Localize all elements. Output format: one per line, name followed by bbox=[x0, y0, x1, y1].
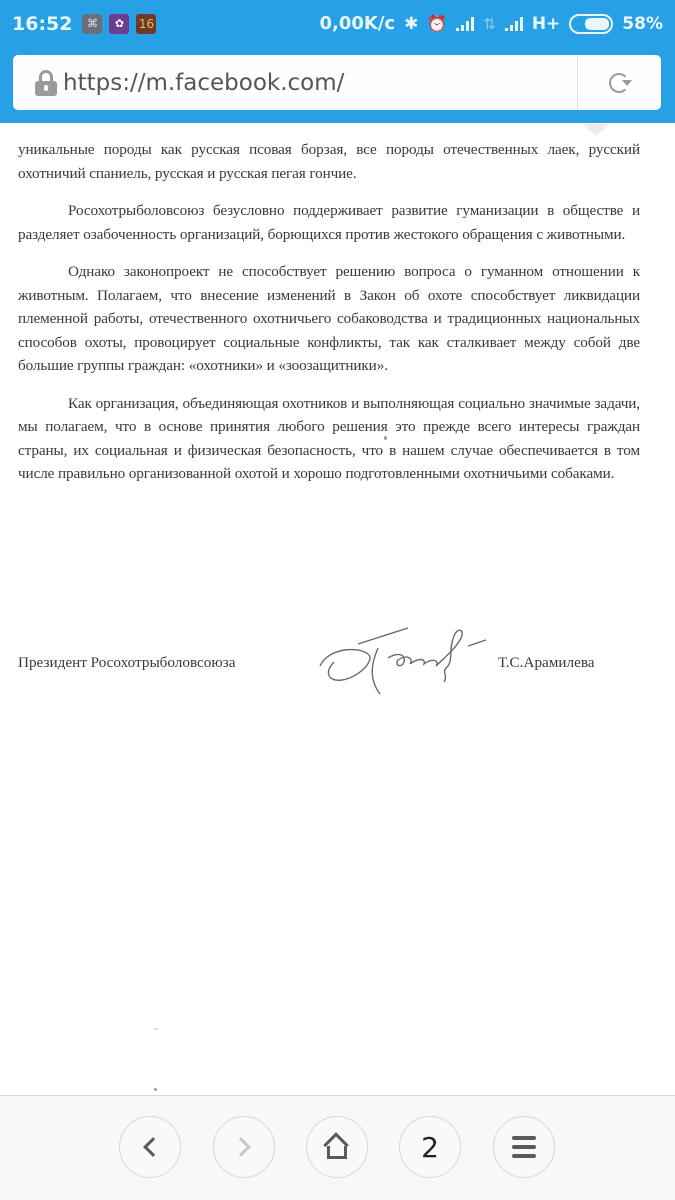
reload-icon[interactable] bbox=[609, 73, 629, 93]
bluetooth-icon: ✱ bbox=[404, 14, 418, 34]
paragraph: уникальные породы как русская псовая бор… bbox=[18, 138, 640, 185]
handwritten-signature-icon bbox=[298, 618, 508, 702]
app-notification-icon: ⌘ bbox=[82, 14, 102, 34]
forward-button[interactable] bbox=[213, 1116, 275, 1178]
status-bar: 16:52 ⌘ ✿ 16 0,00K/c ✱ ⏰ ⇅ H+ 58% bbox=[0, 0, 675, 47]
bottom-navigation: 2 bbox=[0, 1095, 675, 1200]
status-time: 16:52 bbox=[12, 13, 72, 35]
lock-icon bbox=[35, 70, 57, 96]
chevron-left-icon bbox=[143, 1137, 163, 1157]
signal-strength-icon bbox=[505, 17, 523, 31]
signatory-name: Т.С.Арамилева bbox=[498, 654, 595, 672]
menu-button[interactable] bbox=[493, 1116, 555, 1178]
alarm-icon: ⏰ bbox=[427, 14, 447, 33]
paragraph: Росохотрыболовсоюз безусловно поддержива… bbox=[18, 199, 640, 246]
signatory-title: Президент Росохотрыболовсоюза bbox=[18, 654, 235, 672]
home-icon bbox=[324, 1134, 350, 1160]
scan-artifact bbox=[154, 1088, 157, 1091]
scan-artifact bbox=[153, 1028, 159, 1030]
data-activity-icon: ⇅ bbox=[483, 15, 496, 33]
app-notification-icon: 16 bbox=[136, 14, 156, 34]
paragraph: Однако законопроект не способствует реше… bbox=[18, 260, 640, 378]
app-notification-icon: ✿ bbox=[109, 14, 129, 34]
tab-count: 2 bbox=[421, 1131, 439, 1164]
home-button[interactable] bbox=[306, 1116, 368, 1178]
tabs-button[interactable]: 2 bbox=[399, 1116, 461, 1178]
browser-toolbar: https://m.facebook.com/ bbox=[0, 47, 675, 123]
signal-strength-icon bbox=[456, 17, 474, 31]
network-type: H+ bbox=[532, 14, 560, 34]
network-speed: 0,00K/c bbox=[319, 13, 395, 34]
dropdown-caret-icon bbox=[582, 124, 610, 136]
url-text[interactable]: https://m.facebook.com/ bbox=[63, 70, 344, 96]
document-content: уникальные породы как русская псовая бор… bbox=[18, 138, 640, 500]
signature-block: Президент Росохотрыболовсоюза Т.С.Арамил… bbox=[18, 640, 658, 700]
battery-percent: 58% bbox=[622, 14, 663, 34]
back-button[interactable] bbox=[119, 1116, 181, 1178]
chevron-right-icon bbox=[231, 1137, 251, 1157]
status-indicators: 0,00K/c ✱ ⏰ ⇅ H+ 58% bbox=[319, 13, 663, 34]
address-bar[interactable]: https://m.facebook.com/ bbox=[13, 55, 661, 110]
divider bbox=[577, 55, 578, 110]
paragraph: Как организация, объединяющая охотников … bbox=[18, 392, 640, 486]
hamburger-menu-icon bbox=[512, 1136, 536, 1158]
scan-artifact bbox=[384, 436, 387, 440]
battery-icon bbox=[569, 14, 613, 34]
